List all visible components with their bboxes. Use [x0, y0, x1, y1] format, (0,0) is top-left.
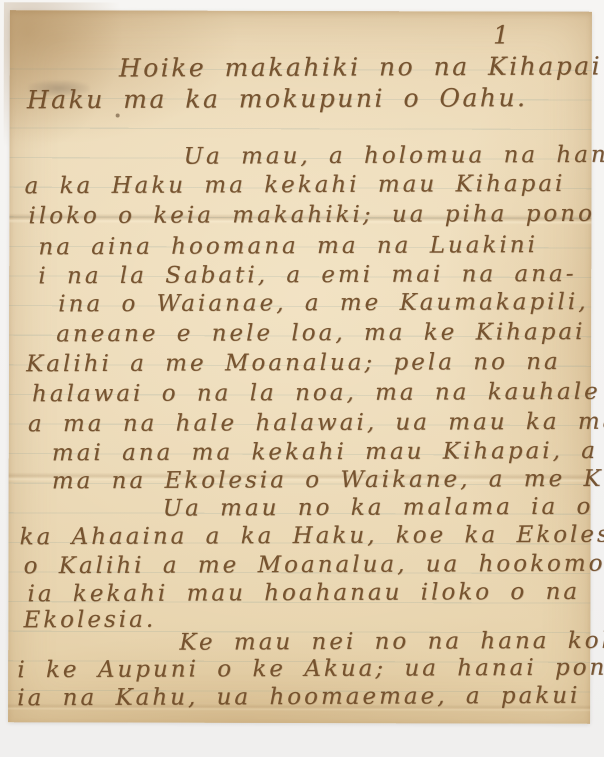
scanner-background: 1 Hoike makahiki no na Kihapai o ka Haku…: [0, 0, 604, 757]
handwritten-line: Ua mau no ka malama ia o: [163, 494, 594, 522]
handwritten-line: a ma na hale halawai, ua mau ka mala-: [28, 409, 604, 438]
heading-line-1: Hoike makahiki no na Kihapai o ka: [119, 51, 604, 82]
handwritten-line: ia na Kahu, ua hoomaemae, a pakui: [17, 683, 580, 711]
corner-stain: [4, 2, 124, 152]
handwritten-line: na aina hoomana ma na Luakini: [38, 232, 538, 260]
handwritten-line: o Kalihi a me Moanalua, ua hookomo: [24, 551, 604, 580]
handwritten-line: Ekolesia.: [23, 607, 156, 634]
handwritten-line: i na la Sabati, a emi mai na ana-: [38, 261, 576, 289]
handwritten-line: a ka Haku ma kekahi mau Kihapai: [25, 171, 566, 199]
handwritten-line: ka Ahaaina a ka Haku, koe ka Ekolesia: [20, 522, 604, 551]
page-number: 1: [493, 20, 509, 49]
ink-dot: [116, 114, 120, 118]
handwritten-line: aneane e nele loa, ma ke Kihapai o: [56, 319, 604, 347]
handwritten-line: ma na Ekolesia o Waikane, a me Kaneohe: [52, 465, 604, 494]
handwritten-line: ina o Waianae, a me Kaumakapili, a: [58, 289, 604, 317]
handwritten-line: halawai o na la noa, ma na kauhale: [32, 379, 601, 407]
handwritten-line: iloko o keia makahiki; ua piha pono: [28, 201, 595, 229]
handwritten-line: Kalihi a me Moanalua; pela no na: [26, 349, 561, 377]
handwritten-line: Ke mau nei no na hana kokua: [179, 628, 604, 656]
handwritten-line: i ke Aupuni o ke Akua; ua hanai pono: [17, 655, 604, 684]
handwritten-line: mai ana ma kekahi mau Kihapai, a koe: [52, 438, 604, 467]
heading-line-2: Haku ma ka mokupuni o Oahu.: [27, 83, 528, 114]
handwritten-line: Ua mau, a holomua na hana: [184, 142, 604, 170]
handwritten-line: ia kekahi mau hoahanau iloko o na: [27, 579, 580, 607]
manuscript-paper: 1 Hoike makahiki no na Kihapai o ka Haku…: [8, 10, 592, 724]
